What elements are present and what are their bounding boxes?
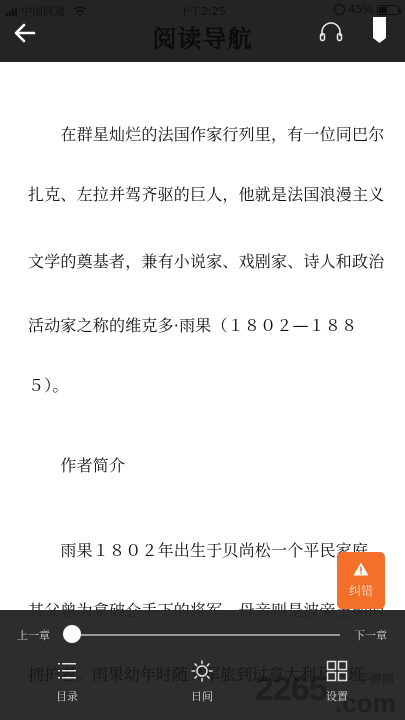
report-error-label: 纠错	[349, 582, 373, 599]
day-mode-button[interactable]: 日间	[172, 660, 232, 712]
content-line: 活动家之称的维克多·雨果（１８０２—１８８	[28, 313, 385, 336]
content-line: ５）。	[28, 373, 385, 396]
status-bar: 中国联通 下午2:25 45%	[0, 0, 405, 20]
next-chapter-button[interactable]: 下一章	[354, 627, 387, 643]
reader-screen: 中国联通 下午2:25 45% 阅读导航	[0, 0, 405, 720]
status-right: 45%	[334, 3, 399, 16]
chapter-progress-row: 上一章 下一章	[0, 624, 405, 646]
battery-icon	[377, 5, 399, 15]
rotation-lock-icon	[334, 4, 345, 15]
bookmark-icon[interactable]	[372, 17, 387, 44]
bottom-control-panel: 拥护者。雨果幼年时随父军旅到过意大利及西班 上一章 下一章 目录	[0, 610, 405, 720]
page-title: 阅读导航	[0, 19, 405, 54]
chapter-progress-slider[interactable]	[70, 634, 340, 636]
headphones-icon[interactable]	[318, 21, 344, 43]
content-line: 雨果１８０２年出生于贝尚松一个平民家庭，	[28, 538, 385, 561]
settings-label: 设置	[326, 688, 348, 704]
content-line: 扎克、左拉并驾齐驱的巨人，他就是法国浪漫主义	[28, 182, 385, 205]
sun-icon	[191, 660, 213, 682]
list-icon	[56, 660, 78, 682]
day-mode-label: 日间	[191, 688, 213, 704]
grid-icon	[326, 660, 348, 682]
toc-label: 目录	[56, 688, 78, 704]
toc-button[interactable]: 目录	[37, 660, 97, 712]
section-heading: 作者简介	[28, 453, 385, 476]
content-line: 文学的奠基者，兼有小说家、戏剧家、诗人和政治	[28, 249, 385, 272]
report-error-button[interactable]: 纠错	[337, 552, 385, 609]
warning-icon	[353, 562, 369, 576]
top-bar: 中国联通 下午2:25 45% 阅读导航	[0, 0, 405, 62]
prev-chapter-button[interactable]: 上一章	[17, 627, 50, 643]
battery-percent: 45%	[349, 3, 373, 16]
slider-thumb[interactable]	[63, 625, 81, 643]
settings-button[interactable]: 设置	[307, 660, 367, 712]
content-line: 在群星灿烂的法国作家行列里，有一位同巴尔	[28, 122, 385, 145]
